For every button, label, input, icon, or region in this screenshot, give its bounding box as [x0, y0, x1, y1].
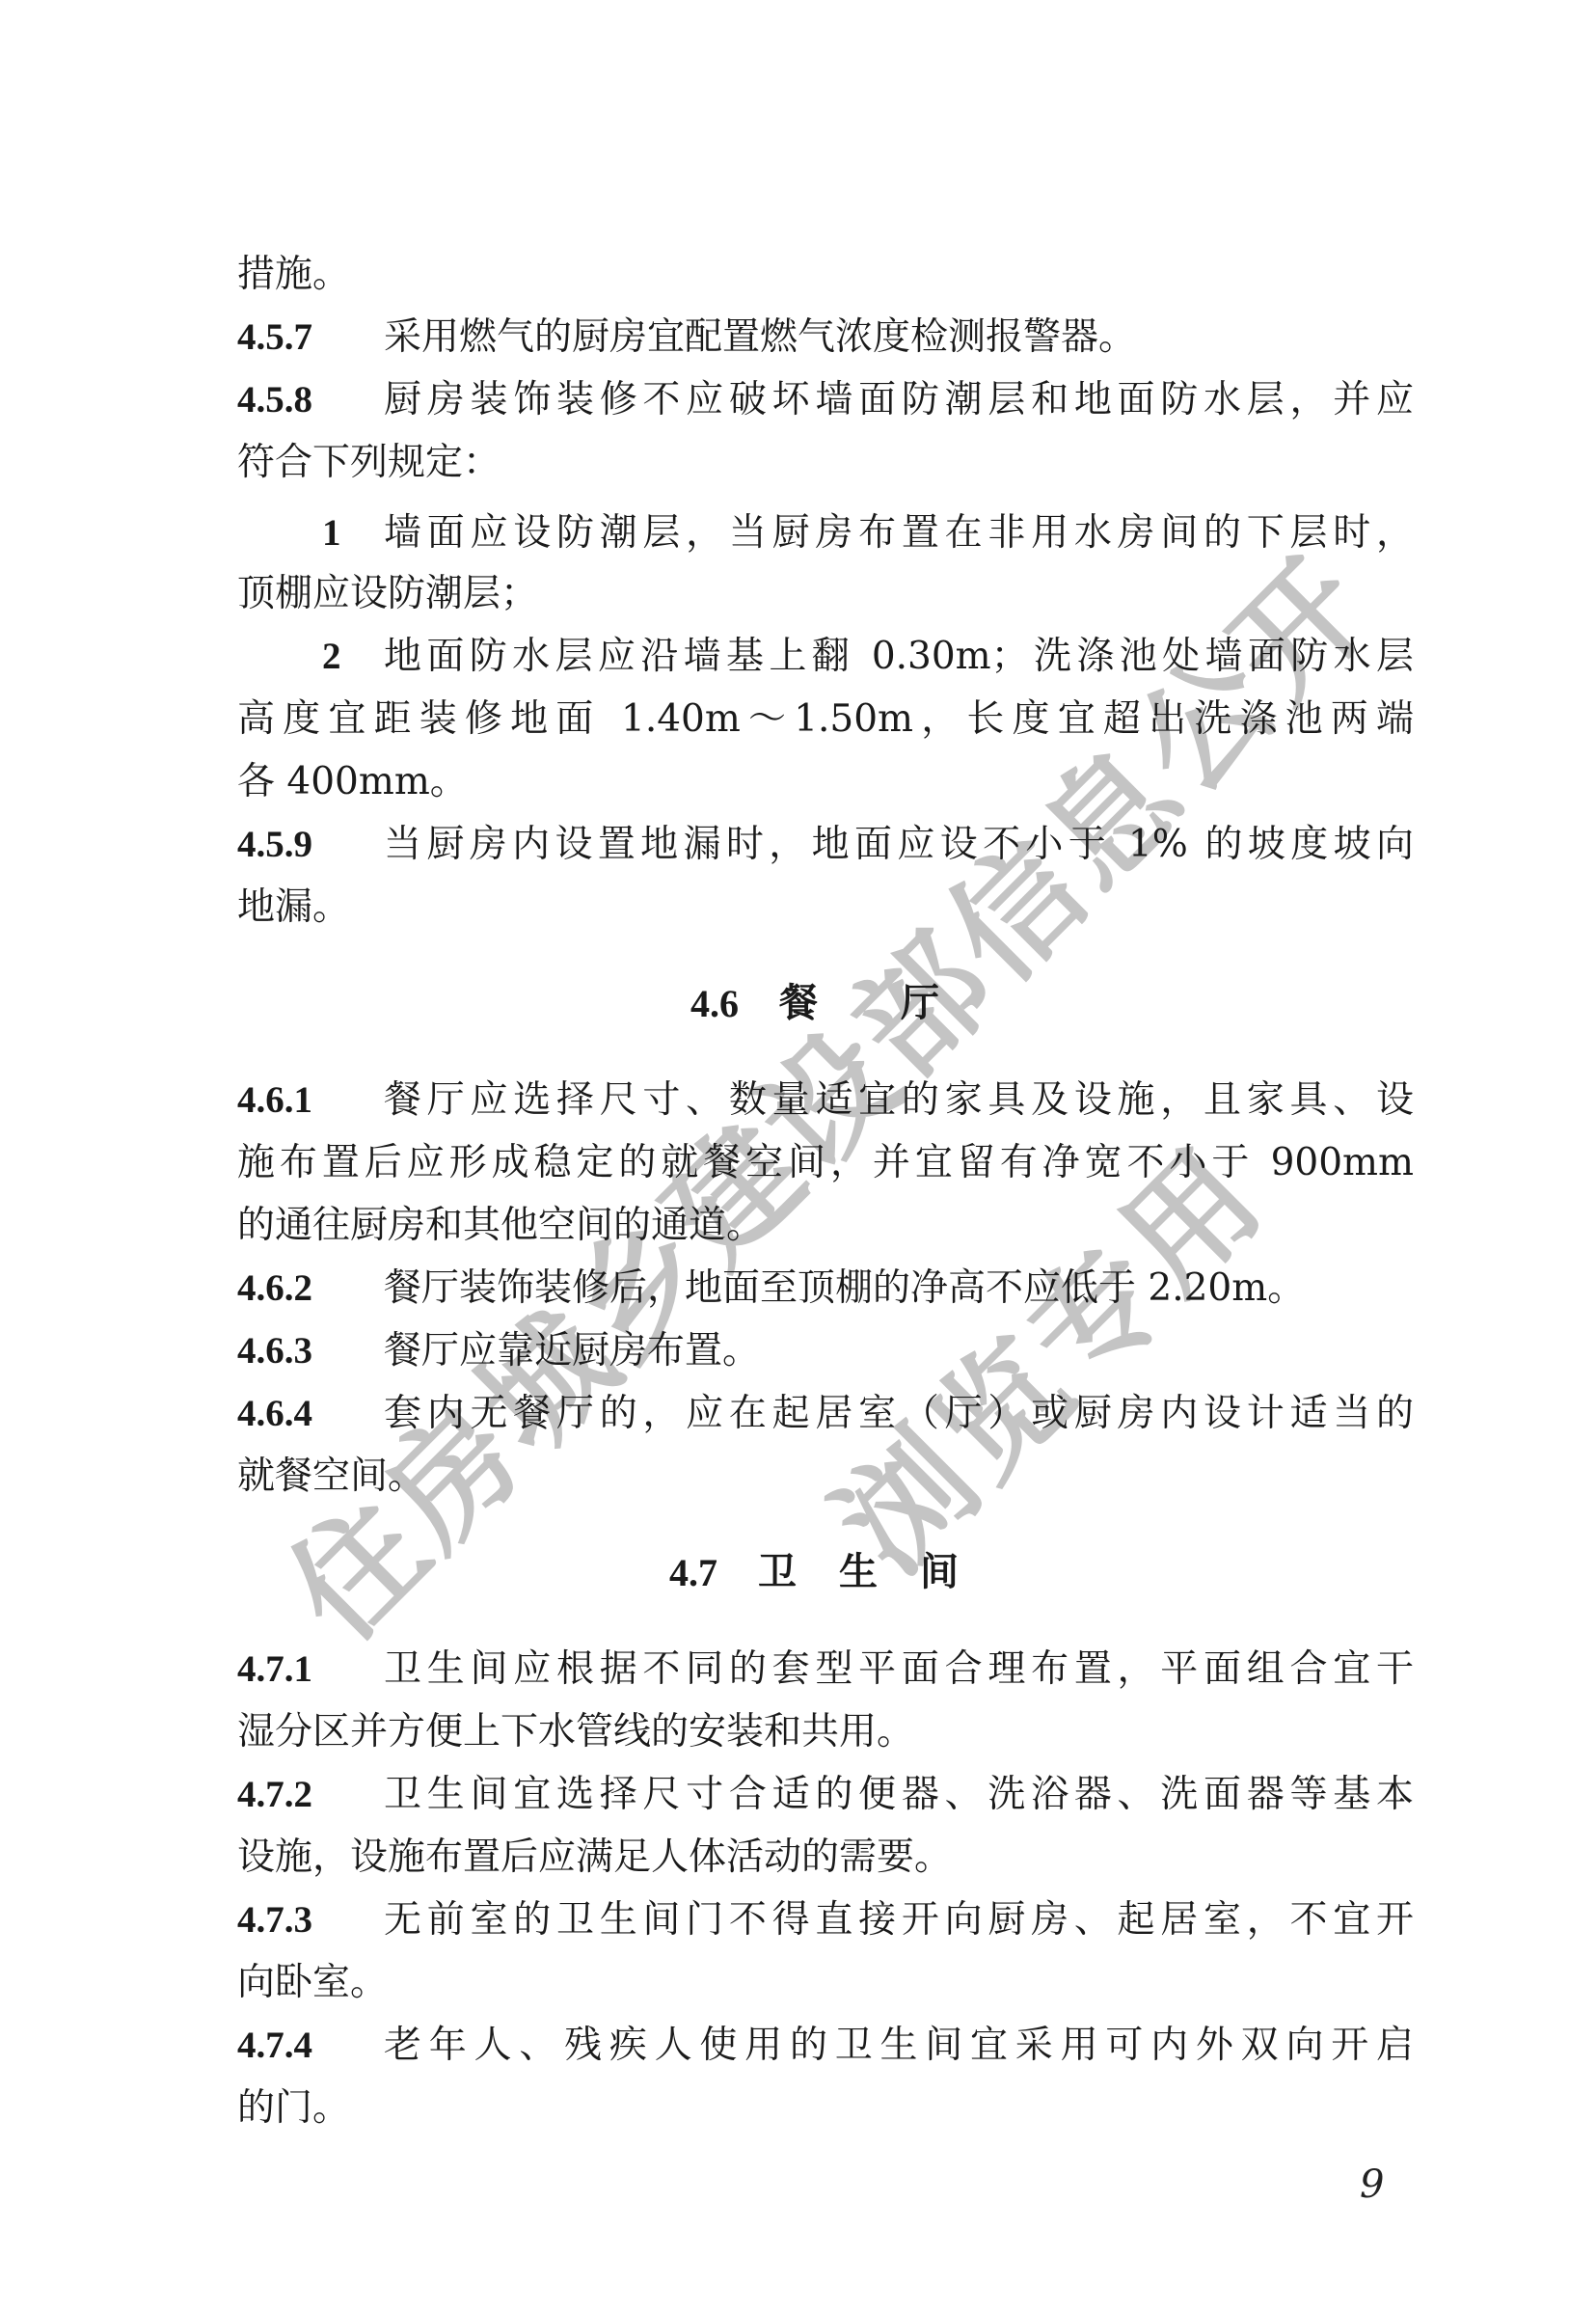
clause-4-6-1: 4.6.1 餐厅应选择尺寸、数量适宜的家具及设施，且家具、设 [237, 1069, 1414, 1131]
clause-number: 4.7.3 [237, 1889, 384, 1951]
clause-number: 4.7.1 [237, 1638, 384, 1700]
paragraph-line: 地漏。 [237, 876, 1414, 938]
clause-number: 4.6.1 [237, 1069, 384, 1131]
clause-number: 4.7.4 [237, 2014, 384, 2077]
section-heading-4-7: 4.7 卫 生 间 [669, 1541, 959, 1604]
item-text: 墙面应设防潮层，当厨房布置在非用水房间的下层时， [384, 502, 1414, 564]
clause-number: 4.5.9 [237, 813, 384, 876]
paragraph-line: 顶棚应设防潮层； [237, 562, 1414, 625]
paragraph-line: 施布置后应形成稳定的就餐空间，并宜留有净宽不小于 900mm [237, 1131, 1414, 1194]
document-page: 住房城乡建设部信息公开 浏览专用 措施。 4.5.7 采用燃气的厨房宜配置燃气浓… [0, 0, 1596, 2311]
page-number: 9 [1360, 2162, 1384, 2207]
list-item-1: 1 墙面应设防潮层，当厨房布置在非用水房间的下层时， [237, 502, 1414, 564]
clause-4-5-7: 4.5.7 采用燃气的厨房宜配置燃气浓度检测报警器。 [237, 306, 1414, 368]
paragraph-line: 向卧室。 [237, 1951, 1414, 2014]
paragraph-line: 就餐空间。 [237, 1445, 1414, 1508]
clause-number: 4.5.8 [237, 368, 384, 431]
paragraph-line: 的门。 [237, 2077, 1414, 2139]
clause-4-5-8: 4.5.8 厨房装饰装修不应破坏墙面防潮层和地面防水层，并应 [237, 368, 1414, 431]
paragraph-line: 符合下列规定： [237, 431, 1414, 494]
paragraph-line: 措施。 [237, 243, 1414, 306]
clause-number: 4.6.4 [237, 1382, 384, 1445]
paragraph-line: 设施，设施布置后应满足人体活动的需要。 [237, 1826, 1414, 1889]
clause-text: 厨房装饰装修不应破坏墙面防潮层和地面防水层，并应 [384, 368, 1414, 431]
clause-text: 老年人、残疾人使用的卫生间宜采用可内外双向开启 [384, 2014, 1414, 2077]
paragraph-line: 高度宜距装修地面 1.40m～1.50m，长度宜超出洗涤池两端 [237, 688, 1414, 750]
clause-text: 餐厅应选择尺寸、数量适宜的家具及设施，且家具、设 [384, 1069, 1414, 1131]
section-number: 4.7 [669, 1541, 717, 1604]
clause-text: 套内无餐厅的，应在起居室（厅）或厨房内设计适当的 [384, 1382, 1414, 1445]
section-number: 4.6 [690, 972, 739, 1035]
clause-4-7-1: 4.7.1 卫生间应根据不同的套型平面合理布置，平面组合宜干 [237, 1638, 1414, 1700]
paragraph-line: 各 400mm。 [237, 750, 1414, 813]
clause-text: 当厨房内设置地漏时，地面应设不小于 1% 的坡度坡向 [384, 813, 1414, 876]
item-text: 地面防水层应沿墙基上翻 0.30m；洗涤池处墙面防水层 [384, 625, 1414, 688]
clause-4-6-2: 4.6.2 餐厅装饰装修后，地面至顶棚的净高不应低于 2.20m。 [237, 1257, 1414, 1319]
clause-text: 餐厅应靠近厨房布置。 [384, 1319, 1414, 1382]
clause-4-7-4: 4.7.4 老年人、残疾人使用的卫生间宜采用可内外双向开启 [237, 2014, 1414, 2077]
clause-number: 4.6.2 [237, 1257, 384, 1319]
clause-text: 卫生间应根据不同的套型平面合理布置，平面组合宜干 [384, 1638, 1414, 1700]
section-heading-4-6: 4.6 餐 厅 [690, 972, 939, 1035]
item-number: 1 [237, 502, 384, 564]
clause-text: 无前室的卫生间门不得直接开向厨房、起居室，不宜开 [384, 1889, 1414, 1951]
clause-4-6-3: 4.6.3 餐厅应靠近厨房布置。 [237, 1319, 1414, 1382]
clause-4-5-9: 4.5.9 当厨房内设置地漏时，地面应设不小于 1% 的坡度坡向 [237, 813, 1414, 876]
list-item-2: 2 地面防水层应沿墙基上翻 0.30m；洗涤池处墙面防水层 [237, 625, 1414, 688]
clause-number: 4.7.2 [237, 1763, 384, 1826]
clause-number: 4.5.7 [237, 306, 384, 368]
clause-number: 4.6.3 [237, 1319, 384, 1382]
clause-text: 餐厅装饰装修后，地面至顶棚的净高不应低于 2.20m。 [384, 1257, 1414, 1319]
clause-4-7-3: 4.7.3 无前室的卫生间门不得直接开向厨房、起居室，不宜开 [237, 1889, 1414, 1951]
clause-text: 采用燃气的厨房宜配置燃气浓度检测报警器。 [384, 306, 1414, 368]
clause-4-7-2: 4.7.2 卫生间宜选择尺寸合适的便器、洗浴器、洗面器等基本 [237, 1763, 1414, 1826]
item-number: 2 [237, 625, 384, 688]
paragraph-line: 的通往厨房和其他空间的通道。 [237, 1194, 1414, 1257]
clause-4-6-4: 4.6.4 套内无餐厅的，应在起居室（厅）或厨房内设计适当的 [237, 1382, 1414, 1445]
paragraph-line: 湿分区并方便上下水管线的安装和共用。 [237, 1700, 1414, 1763]
clause-text: 卫生间宜选择尺寸合适的便器、洗浴器、洗面器等基本 [384, 1763, 1414, 1826]
